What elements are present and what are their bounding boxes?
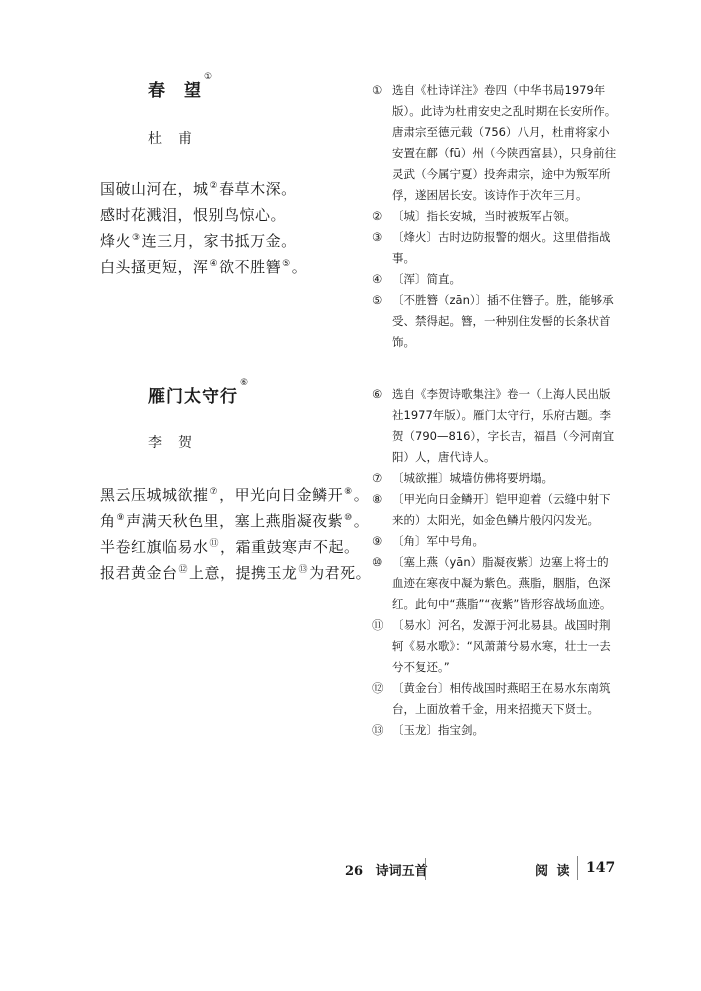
lesson-number: 26 — [345, 864, 363, 879]
footnote: ⑦〔城欲摧〕城墙仿佛将要坍塌。 — [372, 468, 618, 489]
footnote: ②〔城〕指长安城，当时被叛军占领。 — [372, 206, 618, 227]
poem-title-chunwang: 春 望① — [148, 76, 213, 101]
author-li-he: 李 贺 — [148, 432, 193, 452]
footnote: ⑪〔易水〕河名，发源于河北易县。战国时荆轲《易水歌》：“风萧萧兮易水寒，壮士一去… — [372, 615, 618, 678]
verse-line: 白头搔更短，浑④欲不胜簪⑤。 — [100, 254, 307, 280]
title-text: 雁门太守行 — [148, 387, 238, 407]
footnote: ①选自《杜诗详注》卷四（中华书局1979年版）。此诗为杜甫安史之乱时期在长安所作… — [372, 80, 618, 206]
poem-verses-chunwang: 国破山河在，城②春草木深。 感时花溅泪，恨别鸟惊心。 烽火③连三月，家书抵万金。… — [100, 176, 307, 280]
footnote: ⑨〔角〕军中号角。 — [372, 531, 618, 552]
lesson-title: 诗词五首 — [376, 864, 428, 879]
footnote: ⑬〔玉龙〕指宝剑。 — [372, 720, 618, 741]
author-du-fu: 杜 甫 — [148, 128, 193, 148]
footer-divider — [577, 856, 578, 880]
verse-line: 角⑨声满天秋色里，塞上燕脂凝夜紫⑩。 — [100, 508, 371, 534]
footnote: ⑫〔黄金台〕相传战国时燕昭王在易水东南筑台，上面放着千金，用来招揽天下贤士。 — [372, 678, 618, 720]
footnote: ⑩〔塞上燕（yān）脂凝夜紫〕边塞上将士的血迹在寒夜中凝为紫色。燕脂，胭脂，色深… — [372, 552, 618, 615]
footnote: ③〔烽火〕古时边防报警的烟火。这里借指战事。 — [372, 227, 618, 269]
footnote-marker: ① — [204, 72, 213, 82]
footnote: ⑤〔不胜簪（zān）〕插不住簪子。胜，能够承受、禁得起。簪，一种别住发髻的长条状… — [372, 290, 618, 353]
title-text: 春 望 — [148, 81, 202, 101]
verse-line: 烽火③连三月，家书抵万金。 — [100, 228, 307, 254]
footnote: ⑥选自《李贺诗歌集注》卷一（上海人民出版社1977年版）。雁门太守行，乐府古题。… — [372, 384, 618, 468]
verse-line: 半卷红旗临易水⑪，霜重鼓寒声不起。 — [100, 534, 371, 560]
verse-line: 黑云压城城欲摧⑦，甲光向日金鳞开⑧。 — [100, 482, 371, 508]
page-number: 147 — [586, 860, 615, 876]
footnote: ⑧〔甲光向日金鳞开〕铠甲迎着（云缝中射下来的）太阳光，如金色鳞片般闪闪发光。 — [372, 489, 618, 531]
footnote-marker: ⑥ — [240, 378, 249, 388]
verse-line: 国破山河在，城②春草木深。 — [100, 176, 307, 202]
footnotes-yanmen: ⑥选自《李贺诗歌集注》卷一（上海人民出版社1977年版）。雁门太守行，乐府古题。… — [372, 384, 618, 741]
verse-line: 报君黄金台⑫上意，提携玉龙⑬为君死。 — [100, 560, 371, 586]
poem-verses-yanmen: 黑云压城城欲摧⑦，甲光向日金鳞开⑧。 角⑨声满天秋色里，塞上燕脂凝夜紫⑩。 半卷… — [100, 482, 371, 586]
footnote: ④〔浑〕简直。 — [372, 269, 618, 290]
footer-divider — [425, 858, 426, 880]
section-name: 阅 读 — [535, 860, 572, 879]
verse-line: 感时花溅泪，恨别鸟惊心。 — [100, 202, 307, 228]
footnotes-chunwang: ①选自《杜诗详注》卷四（中华书局1979年版）。此诗为杜甫安史之乱时期在长安所作… — [372, 80, 618, 353]
lesson-footer: 26 诗词五首 — [345, 860, 428, 879]
poem-title-yanmen: 雁门太守行⑥ — [148, 382, 249, 407]
